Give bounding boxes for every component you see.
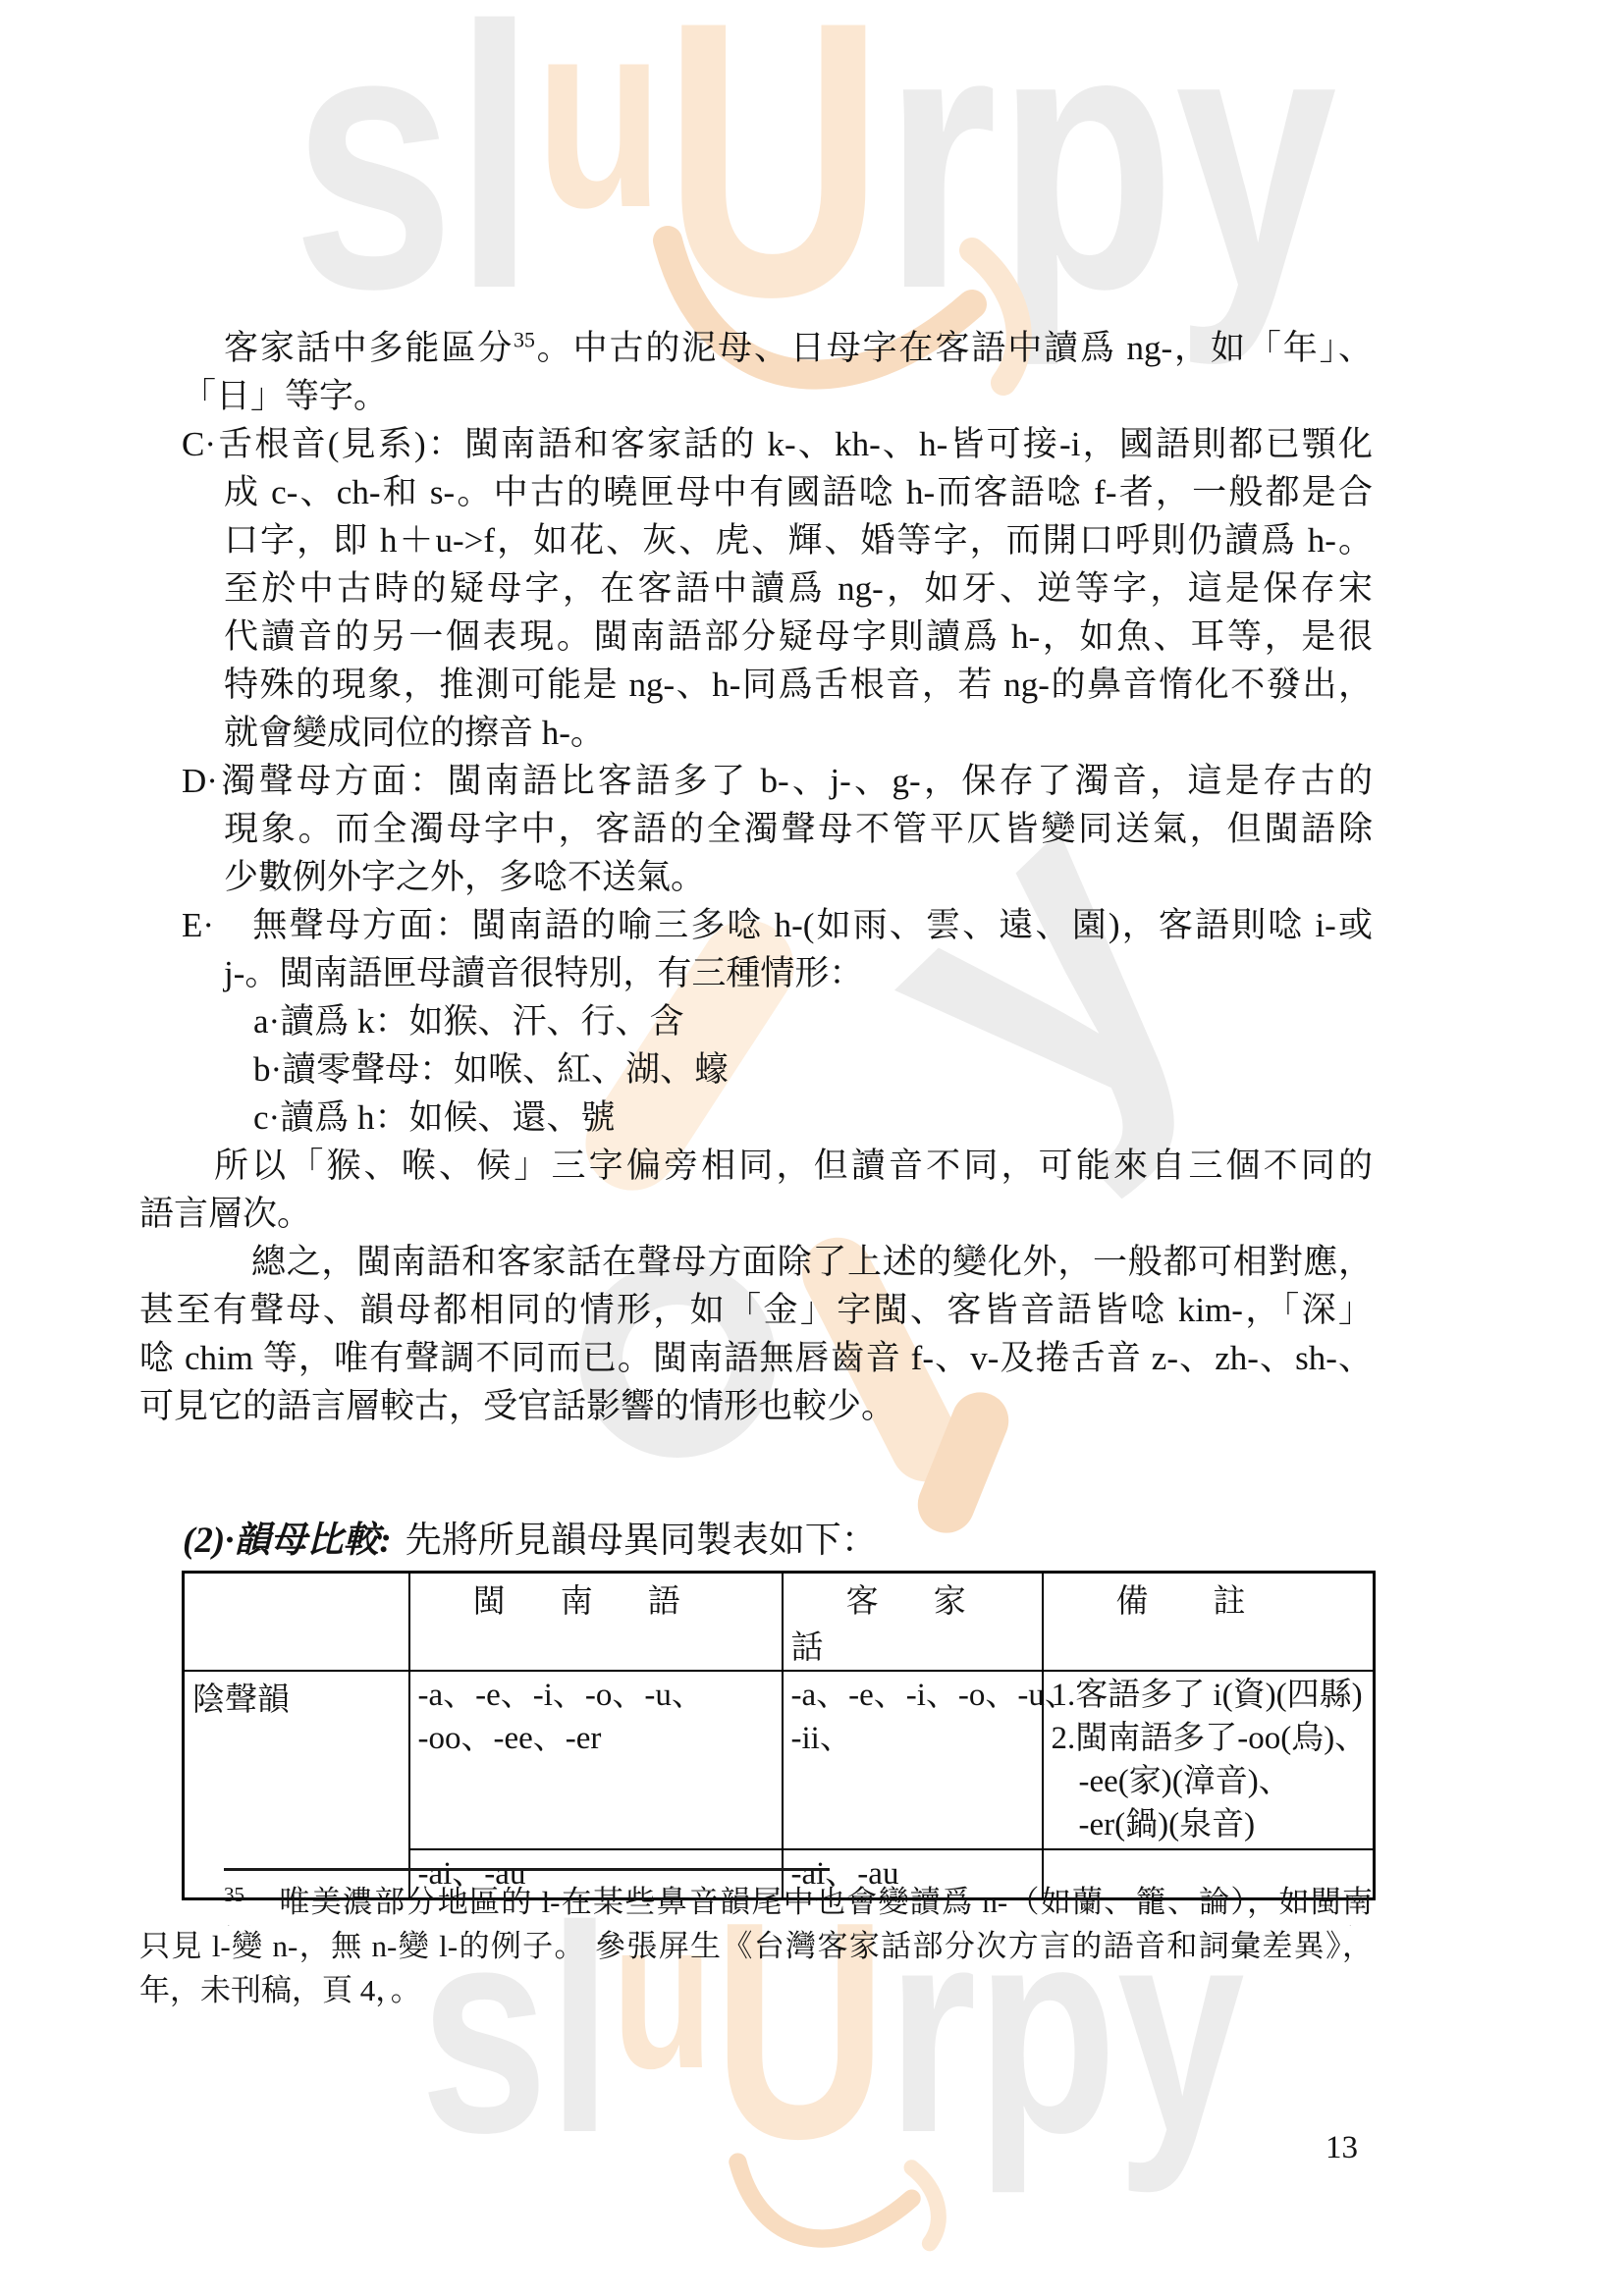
cell-line: -ee(家)(漳音)、	[1052, 1760, 1366, 1803]
cell-line: -er(鍋)(泉音)	[1052, 1803, 1366, 1846]
body-line: 口字，即 h＋u->f，如花、灰、虎、輝、婚等字，而開口呼則仍讀爲 h-。	[224, 516, 1373, 564]
body-line: C·舌根音(見系)：閩南語和客家話的 k-、kh-、h-皆可接-i，國語則都已顎…	[182, 420, 1373, 468]
cell-line: 2.閩南語多了-oo(烏)、	[1052, 1717, 1366, 1760]
table-header-hakka: 客家話	[783, 1573, 1043, 1672]
body-line: 特殊的現象，推測可能是 ng-、h-同爲舌根音，若 ng-的鼻音惰化不發出，	[224, 661, 1373, 709]
cell-line: -oo、-ee、-er	[418, 1717, 774, 1760]
table-header-corner	[184, 1573, 409, 1672]
body-line: 少數例外字之外，多唸不送氣。	[224, 853, 705, 901]
body-line: 代讀音的另一個表現。閩南語部分疑母字則讀爲 h-，如魚、耳等，是很	[224, 613, 1373, 661]
row-label-cell: 陰聲韻	[184, 1671, 409, 1899]
body-text: 。中古的泥母、日母字在客語中讀爲 ng-，如「年」、	[535, 329, 1373, 367]
table-row: 陰聲韻 -a、-e、-i、-o、-u、 -oo、-ee、-er -a、-e、-i…	[184, 1671, 1375, 1849]
page-content: 客家話中多能區分35。中古的泥母、日母字在客語中讀爲 ng-，如「年」、 「日」…	[0, 0, 1623, 2296]
body-line: 現象。而全濁母字中，客語的全濁聲母不管平仄皆變同送氣，但閩語除	[224, 805, 1373, 853]
body-line: a·讀爲 k：如猴、汗、行、含	[253, 997, 683, 1045]
section-heading: (2)·韻母比較:先將所見韻母異同製表如下：	[183, 1510, 878, 1563]
body-line: 就會變成同位的擦音 h-。	[224, 709, 605, 757]
footnote-ref-35: 35	[514, 328, 535, 351]
section-heading-text: 先將所見韻母異同製表如下：	[406, 1521, 878, 1561]
body-line: c·讀爲 h：如候、還、號	[253, 1094, 615, 1142]
body-line: 所以「猴、喉、候」三字偏旁相同，但讀音不同，可能來自三個不同的	[214, 1142, 1373, 1190]
body-text: 客家話中多能區分	[224, 329, 514, 367]
cell-line: -a、-e、-i、-o、-u、	[418, 1674, 774, 1717]
cell-line: -a、-e、-i、-o、-u、	[791, 1674, 1034, 1717]
body-line: b·讀零聲母：如喉、紅、湖、蠔	[253, 1045, 729, 1094]
footnote-line: 只見 l-變 n-，無 n-變 l-的例子。 參張屏生《台灣客家話部分次方言的語…	[139, 1927, 1373, 1970]
body-line: j-。閩南語匣母讀音很特別，有三種情形：	[224, 949, 863, 997]
body-line: E· 無聲母方面：閩南語的喻三多唸 h-(如雨、雲、遠、園)，客語則唸 i-或	[182, 901, 1373, 949]
body-line: 唸 chim 等，唯有聲調不同而已。閩南語無唇齒音 f-、v-及捲舌音 z-、z…	[139, 1334, 1373, 1382]
section-heading-number: (2)·韻母比較:	[183, 1521, 392, 1561]
body-line: 成 c-、ch-和 s-。中古的曉匣母中有國語唸 h-而客語唸 f-者，一般都是…	[224, 468, 1373, 516]
footnote-line: 35唯美濃部分地區的 l-在某些鼻音韻尾中也會變讀爲 n-（如蘭、籠、論），如閩…	[224, 1883, 1373, 1926]
notes-cell: 1.客語多了 i(資)(四縣) 2.閩南語多了-oo(烏)、 -ee(家)(漳音…	[1043, 1671, 1375, 1849]
body-line: 客家話中多能區分35。中古的泥母、日母字在客語中讀爲 ng-，如「年」、	[224, 324, 1373, 372]
table-header-notes: 備註	[1043, 1573, 1375, 1672]
table-header-row: 閩南語 客家話 備註	[184, 1573, 1375, 1672]
body-line: 總之，閩南語和客家話在聲母方面除了上述的變化外，一般都可相對應，	[251, 1238, 1373, 1286]
body-line: 甚至有聲母、韻母都相同的情形，如「金」字閩、客皆音語皆唸 kim-，「深」	[139, 1286, 1373, 1334]
footnote-line: 年，未刊稿，頁 4，。	[139, 1971, 421, 2010]
body-line: D·濁聲母方面：閩南語比客語多了 b-、j-、g-，保存了濁音，這是存古的	[182, 757, 1373, 805]
body-line: 可見它的語言層較古，受官話影響的情形也較少。	[139, 1382, 895, 1430]
cell-line: -ii、	[791, 1717, 1034, 1760]
document-page: s l u U r p y y s l u U r p y 客家話中多能區分35…	[0, 0, 1623, 2296]
footnote-separator	[224, 1868, 830, 1871]
body-line: 至於中古時的疑母字，在客語中讀爲 ng-，如牙、逆等字，這是保存宋	[224, 564, 1373, 613]
body-line: 「日」等字。	[182, 372, 388, 420]
cell-line: 1.客語多了 i(資)(四縣)	[1052, 1674, 1366, 1717]
minnan-cell: -a、-e、-i、-o、-u、 -oo、-ee、-er	[409, 1671, 783, 1849]
footnote-number: 35	[224, 1883, 244, 1906]
body-line: 語言層次。	[139, 1190, 311, 1238]
hakka-cell: -a、-e、-i、-o、-u、 -ii、	[783, 1671, 1043, 1849]
footnote-text: 唯美濃部分地區的 l-在某些鼻音韻尾中也會變讀爲 n-（如蘭、籠、論），如閩南語…	[224, 1885, 1373, 1926]
rhyme-comparison-table: 閩南語 客家話 備註 陰聲韻 -a、-e、-i、-o、-u、 -oo、-ee、-…	[182, 1571, 1376, 1900]
table-header-minnan: 閩南語	[409, 1573, 783, 1672]
page-number: 13	[1325, 2130, 1358, 2166]
